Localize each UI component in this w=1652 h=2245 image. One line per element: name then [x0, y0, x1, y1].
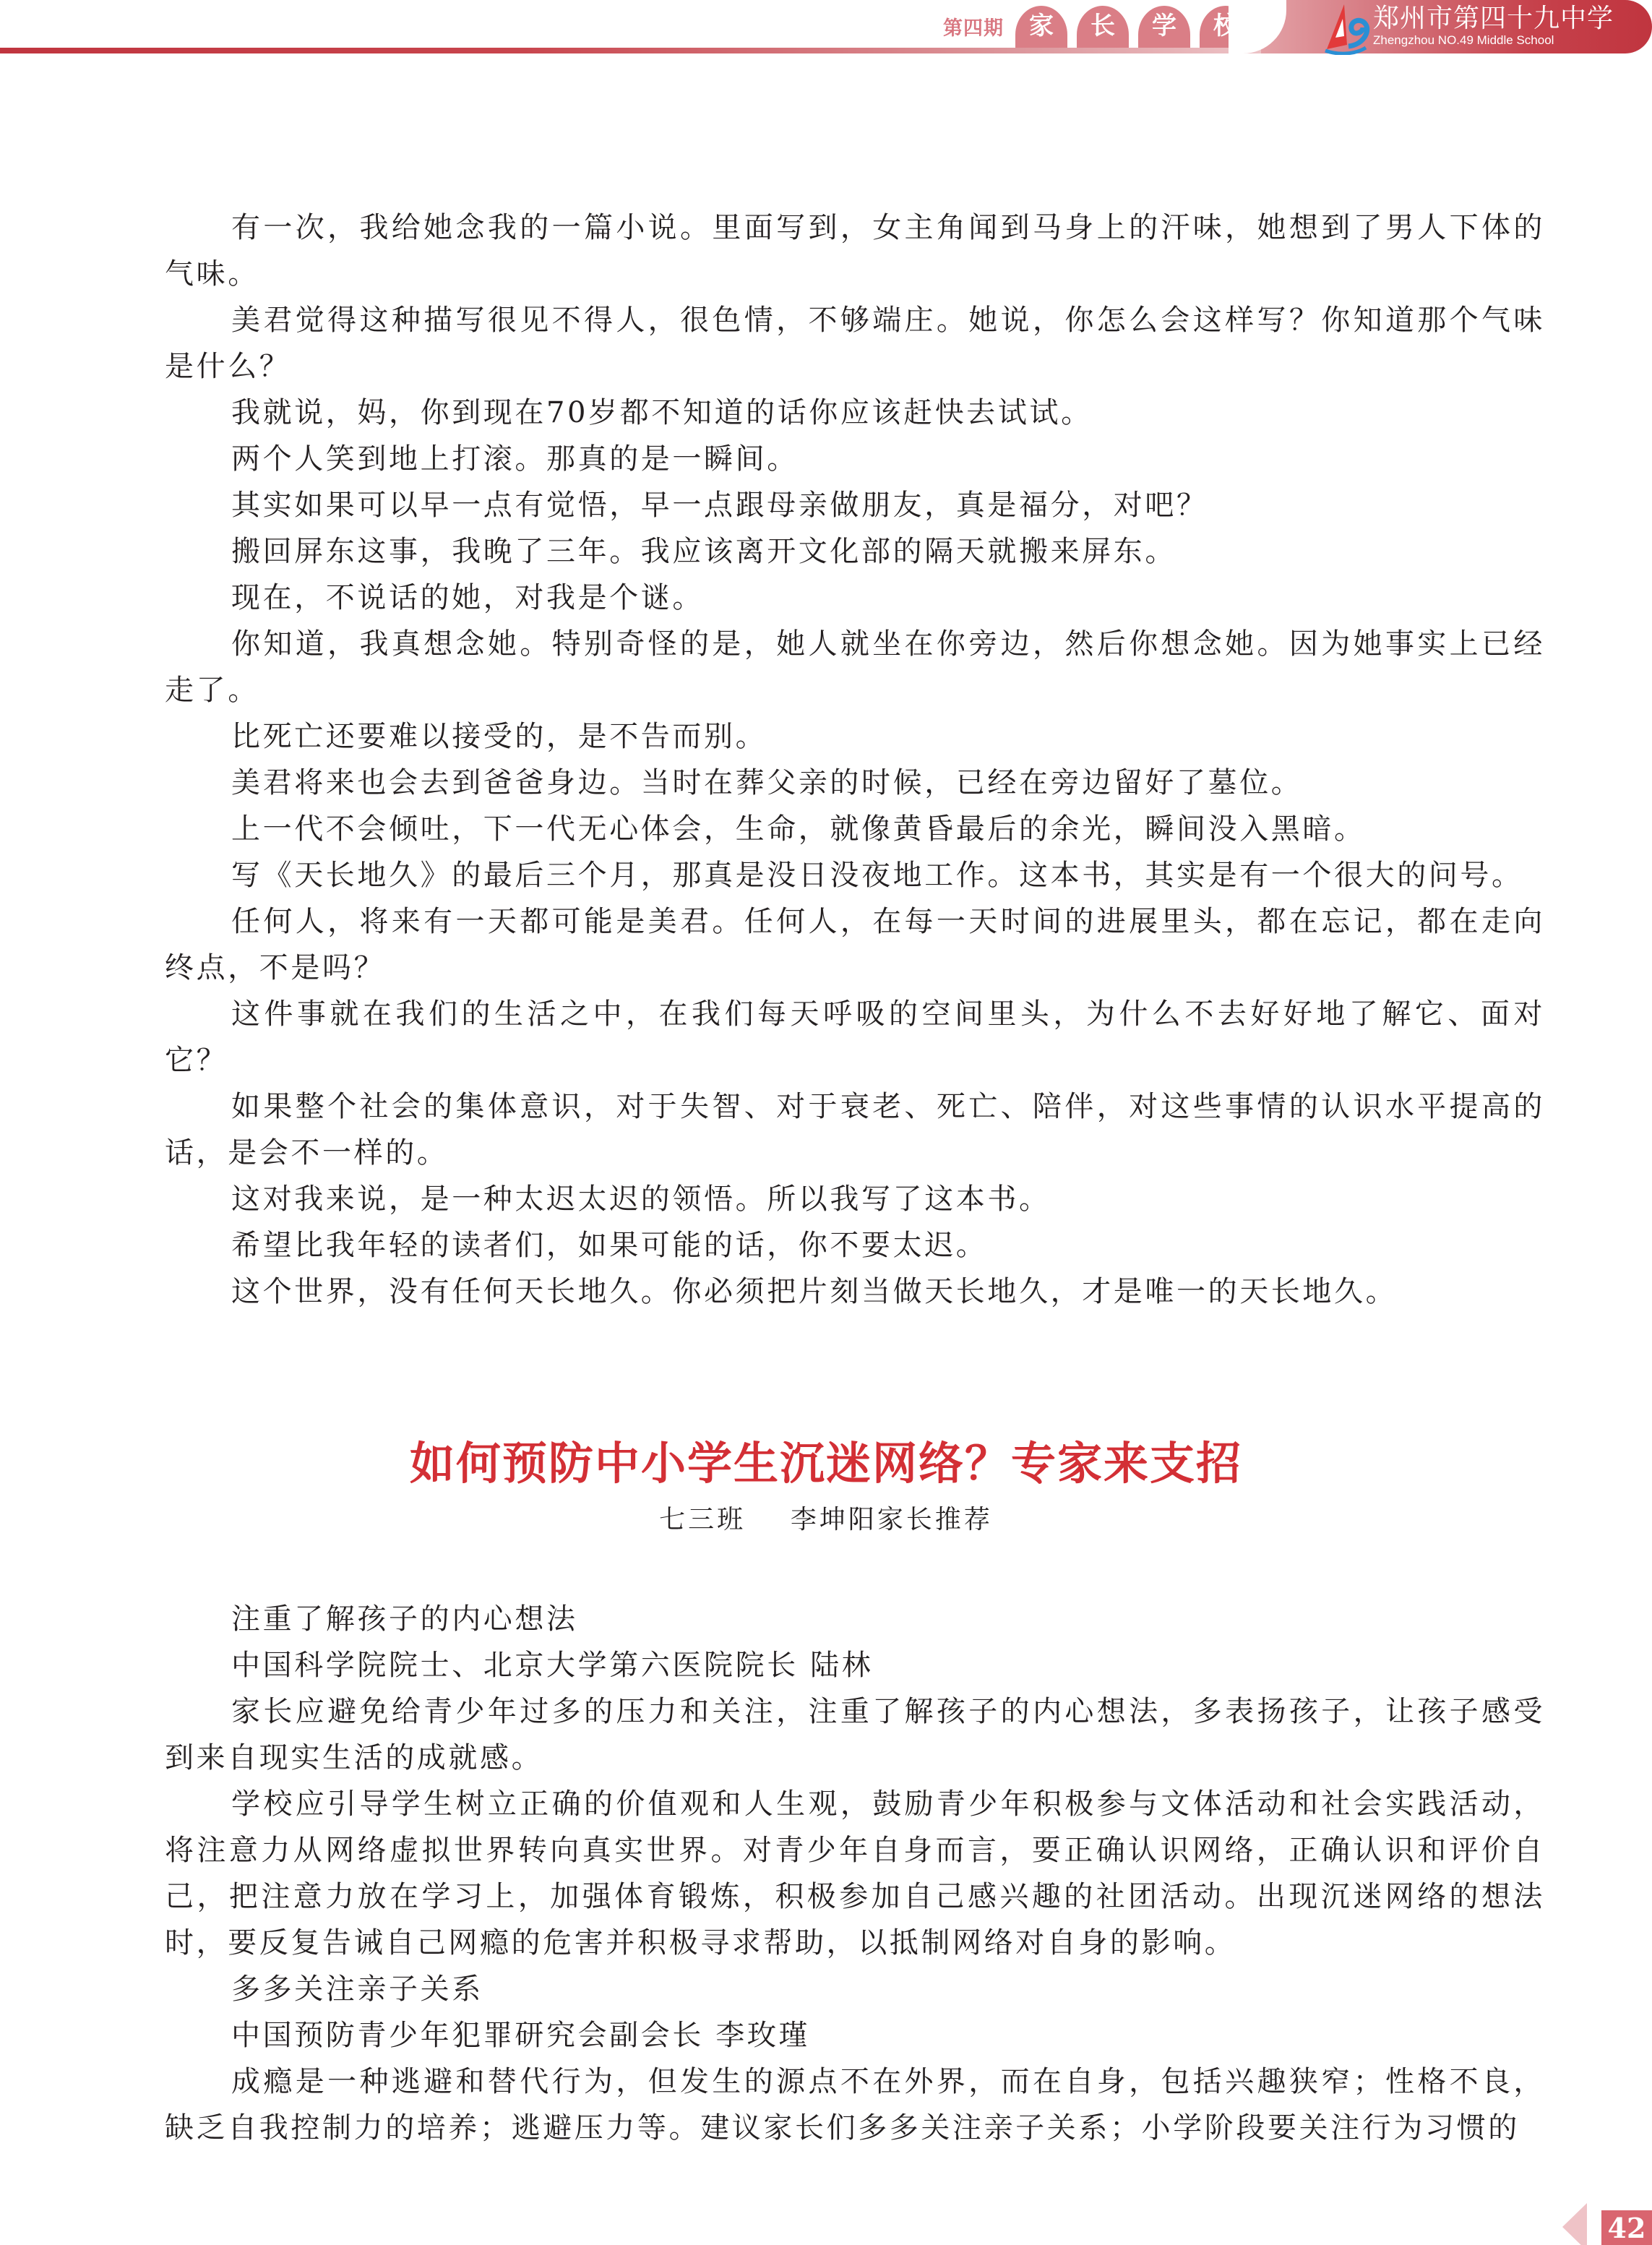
column-char-3: 学 — [1138, 6, 1190, 48]
article-byline: 七三班 李坤阳家长推荐 — [0, 1502, 1652, 1538]
paragraph: 比死亡还要难以接受的，是不告而别。 — [165, 713, 1545, 760]
paragraph: 两个人笑到地上打滚。那真的是一瞬间。 — [165, 436, 1545, 482]
school-name-cn: 郑州市第四十九中学 — [1373, 4, 1614, 33]
paragraph: 这个世界，没有任何天长地久。你必须把片刻当做天长地久，才是唯一的天长地久。 — [165, 1269, 1545, 1315]
paragraph: 写《天长地久》的最后三个月，那真是没日没夜地工作。这本书，其实是有一个很大的问号… — [165, 852, 1545, 898]
paragraph: 美君将来也会去到爸爸身边。当时在葬父亲的时候，已经在旁边留好了墓位。 — [165, 760, 1545, 806]
paragraph: 这件事就在我们的生活之中，在我们每天呼吸的空间里头，为什么不去好好地了解它、面对… — [165, 991, 1545, 1083]
paragraph: 学校应引导学生树立正确的价值观和人生观，鼓励青少年积极参与文体活动和社会实践活动… — [165, 1781, 1545, 1966]
section-heading: 多多关注亲子关系 — [165, 1966, 1545, 2012]
paragraph: 上一代不会倾吐，下一代无心体会，生命，就像黄昏最后的余光，瞬间没入黑暗。 — [165, 806, 1545, 852]
paragraph: 如果整个社会的集体意识，对于失智、对于衰老、死亡、陪伴，对这些事情的认识水平提高… — [165, 1083, 1545, 1176]
article-title: 如何预防中小学生沉迷网络？专家来支招 — [0, 1435, 1652, 1493]
paragraph: 你知道，我真想念她。特别奇怪的是，她人就坐在你旁边，然后你想念她。因为她事实上已… — [165, 621, 1545, 713]
page-number: 42 — [1601, 2210, 1652, 2245]
paragraph: 希望比我年轻的读者们，如果可能的话，你不要太迟。 — [165, 1222, 1545, 1269]
article-body: 注重了解孩子的内心想法 中国科学院院士、北京大学第六医院院长 陆林 家长应避免给… — [165, 1596, 1545, 2151]
paragraph: 我就说，妈，你到现在70岁都不知道的话你应该赶快去试试。 — [165, 390, 1545, 436]
paragraph: 家长应避免给青少年过多的压力和关注，注重了解孩子的内心想法，多表扬孩子，让孩子感… — [165, 1688, 1545, 1781]
section-heading: 注重了解孩子的内心想法 — [165, 1596, 1545, 1642]
paragraph: 成瘾是一种逃避和替代行为，但发生的源点不在外界，而在自身，包括兴趣狭窄；性格不良… — [165, 2059, 1545, 2151]
header-rule — [0, 48, 1294, 53]
issue-label: 第四期 — [943, 14, 1004, 43]
school-49-logo-icon — [1322, 3, 1373, 55]
paragraph: 有一次，我给她念我的一篇小说。里面写到，女主角闻到马身上的汗味，她想到了男人下体… — [165, 205, 1545, 297]
expert-attribution: 中国科学院院士、北京大学第六医院院长 陆林 — [165, 1642, 1545, 1688]
paragraph: 其实如果可以早一点有觉悟，早一点跟母亲做朋友，真是福分，对吧？ — [165, 482, 1545, 528]
paragraph: 现在，不说话的她，对我是个谜。 — [165, 575, 1545, 621]
school-name-en: Zhengzhou NO.49 Middle School — [1373, 33, 1554, 48]
paragraph: 美君觉得这种描写很见不得人，很色情，不够端庄。她说，你怎么会这样写？你知道那个气… — [165, 297, 1545, 390]
article-continued: 有一次，我给她念我的一篇小说。里面写到，女主角闻到马身上的汗味，她想到了男人下体… — [165, 205, 1545, 1315]
column-char-2: 长 — [1077, 6, 1129, 48]
expert-attribution: 中国预防青少年犯罪研究会副会长 李玫瑾 — [165, 2012, 1545, 2059]
paragraph: 任何人，将来有一天都可能是美君。任何人，在每一天时间的进展里头，都在忘记，都在走… — [165, 898, 1545, 991]
paragraph: 搬回屏东这事，我晚了三年。我应该离开文化部的隔天就搬来屏东。 — [165, 528, 1545, 575]
column-char-1: 家 — [1015, 6, 1067, 48]
paragraph: 这对我来说，是一种太迟太迟的领悟。所以我写了这本书。 — [165, 1176, 1545, 1222]
page-arrow-icon — [1562, 2203, 1587, 2245]
